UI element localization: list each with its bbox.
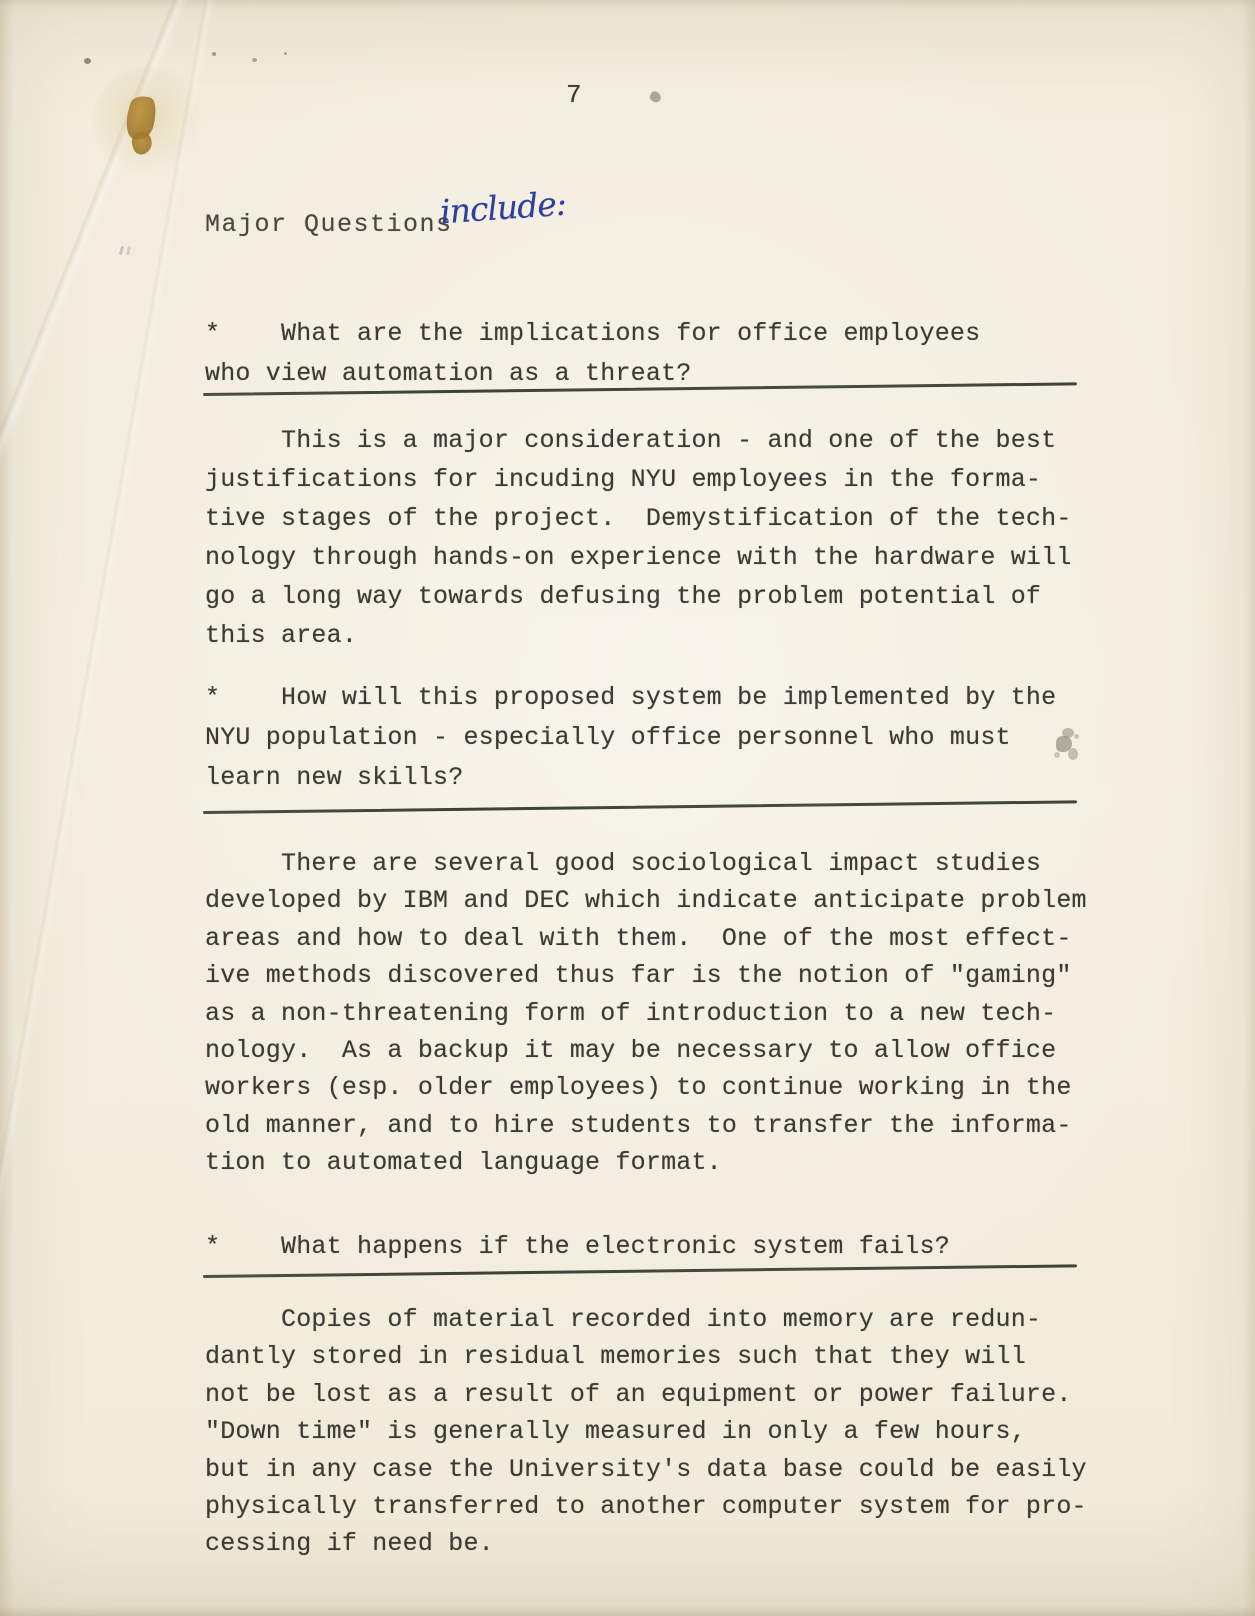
question-3: * What happens if the electronic system … <box>205 1227 1135 1267</box>
question-2: * How will this proposed system be imple… <box>205 678 1135 798</box>
ink-speck <box>212 52 216 56</box>
question-1: * What are the implications for office e… <box>205 314 1135 394</box>
ink-speck <box>252 58 257 62</box>
ink-speck <box>648 90 663 104</box>
ink-speck <box>126 246 131 255</box>
ink-speck <box>119 246 124 255</box>
answer-1: This is a major consideration - and one … <box>205 421 1135 655</box>
answer-2: There are several good sociological impa… <box>205 845 1135 1182</box>
page-number: 7 <box>566 80 582 110</box>
section-heading: Major Questions <box>205 210 453 239</box>
question-2-underline <box>203 800 1077 814</box>
scanned-document-page: 7 Major Questions include: * What are th… <box>0 0 1255 1616</box>
ink-speck <box>284 52 287 55</box>
handwritten-annotation: include: <box>439 184 567 232</box>
ink-speck <box>84 58 91 64</box>
answer-3: Copies of material recorded into memory … <box>205 1301 1135 1563</box>
